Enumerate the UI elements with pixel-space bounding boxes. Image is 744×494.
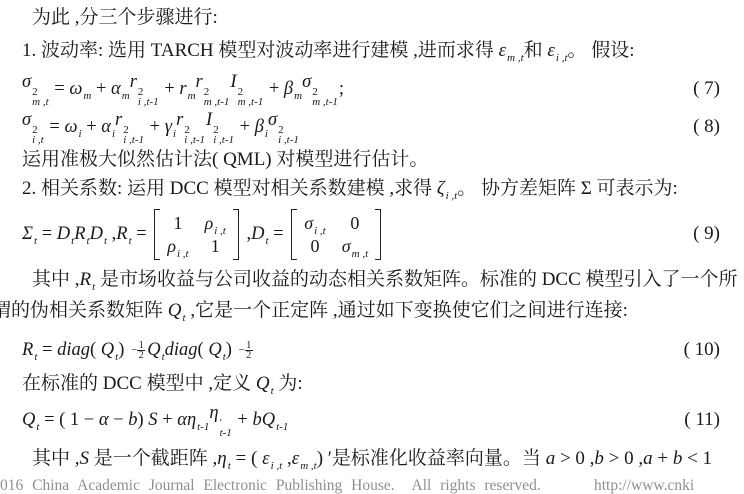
matrix-right-bracket xyxy=(375,209,381,260)
math-variable: Rt xyxy=(22,340,37,361)
math-variable: b xyxy=(673,445,683,472)
math-variable: εi ,t xyxy=(262,445,282,472)
math-variable: βi xyxy=(255,117,268,138)
equation-10: Rt = diag( Qt) −12Qtdiag( Qt) −12 ( 10) xyxy=(22,332,720,368)
math-variable: σ2i ,t-1 xyxy=(268,110,300,145)
math-variable: βm xyxy=(284,79,302,100)
math-variable: Qt xyxy=(256,370,274,397)
math-variable: r2i ,t-1 xyxy=(176,110,206,145)
math-variable: εi ,t xyxy=(547,37,567,64)
math-variable: σi ,t xyxy=(304,212,326,234)
math-variable: Qt xyxy=(22,410,39,431)
exponent-fraction: −12 xyxy=(239,341,253,360)
math-variable: ηt-1 xyxy=(187,410,209,431)
math-variable: r2i ,t-1 xyxy=(130,72,160,107)
math-variable: ηt xyxy=(217,445,231,472)
math-variable: Dt xyxy=(57,224,74,245)
equation-7-number: ( 7) xyxy=(693,78,720,100)
math-variable: Dt xyxy=(90,224,107,245)
math-variable: εm ,t xyxy=(499,37,524,64)
paragraph-s-intercept: 其中 ,S 是一个截距阵 ,ηt = ( εi ,t ,εm ,t) ′是标准化… xyxy=(22,445,720,472)
matrix-right-bracket xyxy=(233,209,239,260)
math-variable: εm ,t xyxy=(292,445,317,472)
math-variable: α xyxy=(177,410,187,431)
math-variable: Qt-1 xyxy=(262,410,289,431)
paragraph-step1-volatility: 1. 波动率: 选用 TARCH 模型对波动率进行建模 ,进而求得 εm ,t和… xyxy=(22,37,720,64)
equation-9-math: Σt = DtRtDt ,Rt = 1ρi ,tρi ,t1 ,Dt = σi … xyxy=(22,209,384,260)
math-variable: b xyxy=(594,445,604,472)
math-variable: a xyxy=(546,445,556,472)
math-variable: diag xyxy=(165,340,198,361)
matrix-cell: ρi ,t xyxy=(167,235,188,257)
equation-11: Qt = ( 1 − α − b) S + αηt-1η′t-1 + bQt-1… xyxy=(22,403,720,437)
matrix-cell: ρi ,t xyxy=(205,212,226,234)
math-variable: σ2i ,t xyxy=(22,110,45,145)
paragraph-rt-explanation: 其中 ,Rt 是市场收益与公司收益的动态相关系数矩阵。标准的 DCC 模型引入了… xyxy=(22,266,720,293)
math-variable: Qt xyxy=(147,340,164,361)
math-variable: diag xyxy=(57,340,90,361)
equation-7-math: σ2m ,t = ωm + αmr2i ,t-1 + rmr2m ,t-1I2m… xyxy=(22,72,344,107)
paragraph-qml: 运用准极大似然估计法( QML) 对模型进行估计。 xyxy=(22,146,720,173)
math-variable: ζi ,t xyxy=(437,175,457,202)
math-variable: r2i ,t-1 xyxy=(115,110,145,145)
matrix-cell: 1 xyxy=(173,212,182,234)
paragraph-step2-dcc: 2. 相关系数: 运用 DCC 模型对相关系数建模 ,求得 ζi ,t。 协方差… xyxy=(22,175,720,202)
math-variable: b xyxy=(128,410,137,431)
matrix-cell: σm ,t xyxy=(342,235,368,257)
math-variable: Qt xyxy=(208,340,225,361)
matrix-cell: 0 xyxy=(350,212,359,234)
equation-10-number: ( 10) xyxy=(684,339,720,361)
math-variable: αi xyxy=(101,117,115,138)
math-variable: Rt xyxy=(74,224,89,245)
equation-8: σ2i ,t = ωi + αir2i ,t-1 + γir2i ,t-1I2i… xyxy=(22,110,720,144)
paragraph-intro: 为此 ,分三个步骤进行: xyxy=(22,4,720,31)
math-variable: a xyxy=(643,445,653,472)
equation-8-number: ( 8) xyxy=(693,116,720,138)
math-variable: σ2m ,t xyxy=(22,72,50,107)
equation-11-number: ( 11) xyxy=(684,409,720,431)
matrix: 1ρi ,tρi ,t1 xyxy=(154,209,239,260)
math-variable: αm xyxy=(111,79,130,100)
math-variable: S xyxy=(80,445,90,472)
math-variable: b xyxy=(252,410,261,431)
math-variable: Qt xyxy=(168,297,186,324)
matrix: σi ,t00σm ,t xyxy=(291,209,381,260)
paper-page: 为此 ,分三个步骤进行: 1. 波动率: 选用 TARCH 模型对波动率进行建模… xyxy=(0,0,744,494)
math-variable: I2m ,t-1 xyxy=(230,72,264,107)
exponent-fraction: −12 xyxy=(131,341,145,360)
matrix-cell: 0 xyxy=(310,235,319,257)
math-variable: Σt xyxy=(22,224,37,245)
math-variable: σ2m ,t-1 xyxy=(302,72,339,107)
math-variable: Qt xyxy=(101,340,118,361)
math-variable: r2m ,t-1 xyxy=(196,72,231,107)
math-variable: ρi ,t xyxy=(167,235,188,257)
paragraph-define-qt: 在标准的 DCC 模型中 ,定义 Qt 为: xyxy=(22,370,720,397)
equation-11-math: Qt = ( 1 − α − b) S + αηt-1η′t-1 + bQt-1 xyxy=(22,403,288,438)
matrix-cell: σi ,t xyxy=(304,212,326,234)
math-variable: α xyxy=(99,410,109,431)
math-variable: γi xyxy=(165,117,176,138)
equation-8-math: σ2i ,t = ωi + αir2i ,t-1 + γir2i ,t-1I2i… xyxy=(22,110,300,145)
math-variable: ωi xyxy=(64,117,81,138)
math-variable: η′t-1 xyxy=(209,403,232,438)
math-variable: σm ,t xyxy=(342,235,368,257)
equation-7: σ2m ,t = ωm + αmr2i ,t-1 + rmr2m ,t-1I2m… xyxy=(22,72,720,106)
equation-9: Σt = DtRtDt ,Rt = 1ρi ,tρi ,t1 ,Dt = σi … xyxy=(22,204,720,264)
math-variable: Rt xyxy=(116,224,131,245)
equation-10-math: Rt = diag( Qt) −12Qtdiag( Qt) −12 xyxy=(22,340,255,361)
equation-9-number: ( 9) xyxy=(693,223,720,245)
math-variable: I2i ,t-1 xyxy=(206,110,235,145)
math-variable: Rt xyxy=(80,266,96,293)
math-variable: ωm xyxy=(69,79,91,100)
matrix-cell: 1 xyxy=(211,235,220,257)
math-variable: rm xyxy=(179,79,195,100)
math-variable: S xyxy=(148,410,157,431)
math-variable: Dt xyxy=(251,224,268,245)
paragraph-qt-pseudo-matrix: 谓的伪相关系数矩阵 Qt ,它是一个正定阵 ,通过如下变换使它们之间进行连接: xyxy=(0,297,720,324)
footer-copyright: 016 China Academic Journal Electronic Pu… xyxy=(0,477,744,494)
math-variable: ρi ,t xyxy=(205,212,226,234)
